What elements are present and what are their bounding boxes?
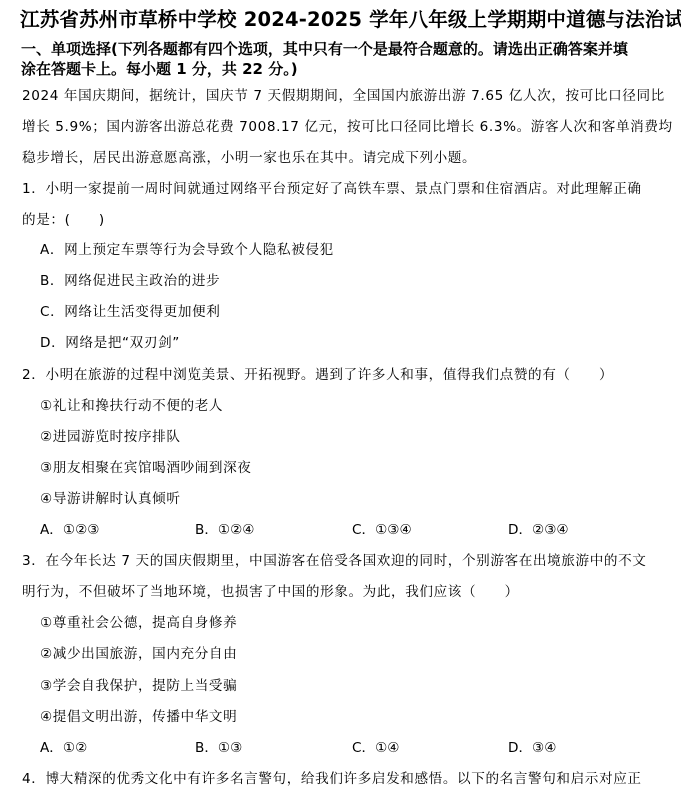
question-2-choice-d: D．②③④ (508, 518, 569, 538)
question-3-item-4: ④提倡文明出游，传播中华文明 (40, 705, 237, 725)
question-3-item-1: ①尊重社会公德，提高自身修养 (40, 611, 237, 631)
question-3-item-3: ③学会自我保护，提防上当受骗 (40, 674, 237, 694)
question-1-stem-1: 1．小明一家提前一周时间就通过网络平台预定好了高铁车票、景点门票和住宿酒店。对此… (22, 177, 642, 197)
question-2-choice-b: B．①②④ (195, 518, 254, 538)
section-heading-line-2: 涂在答题卡上。每小题 1 分，共 22 分。) (21, 58, 298, 79)
page-title: 江苏省苏州市草桥中学校 2024-2025 学年八年级上学期期中道德与法治试题 (20, 4, 681, 32)
question-3-stem-1: 3．在今年长达 7 天的国庆假期里，中国游客在倍受各国欢迎的同时，个别游客在出境… (22, 549, 646, 569)
question-3-item-2: ②减少出国旅游，国内充分自由 (40, 642, 237, 662)
intro-line-2: 增长 5.9%；国内游客出游总花费 7008.17 亿元，按可比口径同比增长 6… (22, 115, 673, 135)
question-2-item-2: ②进园游览时按序排队 (40, 425, 181, 445)
question-2-choice-c: C．①③④ (352, 518, 412, 538)
question-2-choice-a: A．①②③ (40, 518, 99, 538)
question-4-stem: 4．博大精深的优秀文化中有许多名言警句，给我们许多启发和感悟。以下的名言警句和启… (22, 767, 642, 787)
question-1-stem-2: 的是：( ) (22, 208, 105, 228)
question-1-option-b: B．网络促进民主政治的进步 (40, 269, 220, 289)
question-2-item-1: ①礼让和搀扶行动不便的老人 (40, 394, 223, 414)
question-3-stem-2: 明行为，不但破坏了当地环境，也损害了中国的形象。为此，我们应该（ ） (22, 580, 519, 600)
question-3-choice-d: D．③④ (508, 736, 556, 756)
section-heading-line-1: 一、单项选择(下列各题都有四个选项，其中只有一个是最符合题意的。请选出正确答案并… (21, 38, 628, 59)
question-2-item-3: ③朋友相聚在宾馆喝酒吵闹到深夜 (40, 456, 252, 476)
intro-line-3: 稳步增长，居民出游意愿高涨，小明一家也乐在其中。请完成下列小题。 (22, 146, 476, 166)
question-2-item-4: ④导游讲解时认真倾听 (40, 487, 181, 507)
intro-line-1: 2024 年国庆期间，据统计，国庆节 7 天假期期间，全国国内旅游出游 7.65… (22, 84, 665, 104)
question-1-option-c: C．网络让生活变得更加便利 (40, 300, 220, 320)
question-2-stem: 2．小明在旅游的过程中浏览美景、开拓视野。遇到了许多人和事，值得我们点赞的有（ … (22, 363, 613, 383)
question-1-option-d: D．网络是把“双刃剑” (40, 331, 180, 351)
question-3-choice-a: A．①② (40, 736, 87, 756)
question-3-choice-c: C．①④ (352, 736, 399, 756)
question-3-choice-b: B．①③ (195, 736, 242, 756)
question-1-option-a: A．网上预定车票等行为会导致个人隐私被侵犯 (40, 238, 334, 258)
